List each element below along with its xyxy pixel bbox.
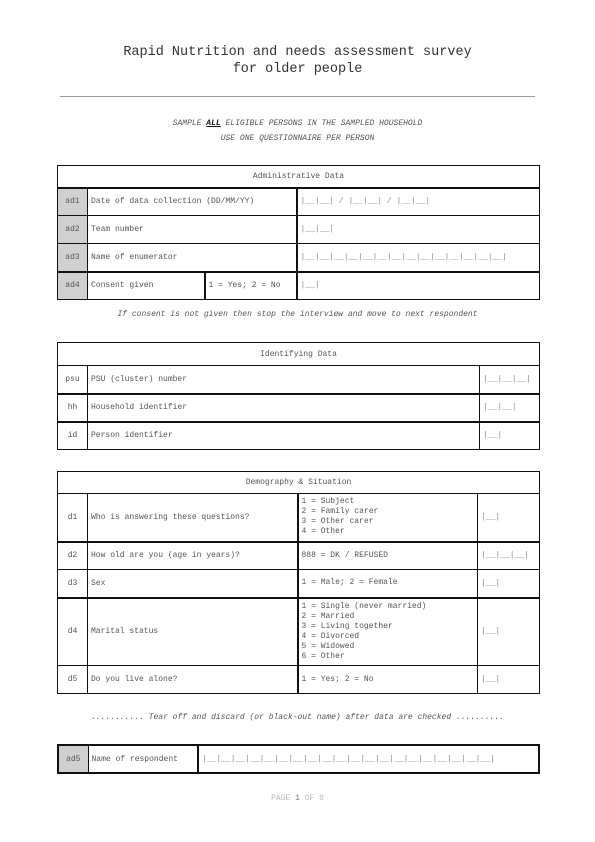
option: 1 = Single (never married) xyxy=(302,602,475,612)
consent-note: If consent is not given then stop the in… xyxy=(0,310,595,319)
question-label: Who is answering these questions? xyxy=(88,494,298,542)
answer-options: 1 = Subject 2 = Family carer 3 = Other c… xyxy=(298,494,478,542)
option: 888 = DK / REFUSED xyxy=(302,551,475,561)
question-label: PSU (cluster) number xyxy=(88,366,480,394)
option: 2 = Family carer xyxy=(302,507,475,517)
title-line-1: Rapid Nutrition and needs assessment sur… xyxy=(0,44,595,61)
age-field[interactable]: |__|__|__| xyxy=(478,542,540,570)
question-code: ad5 xyxy=(58,745,88,773)
date-field[interactable]: |__|__| / |__|__| / |__|__| xyxy=(297,188,540,216)
question-code: hh xyxy=(58,394,88,422)
live-alone-field[interactable]: |__| xyxy=(478,666,540,694)
answer-options: 1 = Single (never married) 2 = Married 3… xyxy=(298,598,478,666)
enumerator-name-field[interactable]: |__|__|__|__|__|__|__|__|__|__|__|__|__|… xyxy=(297,244,540,272)
answer-options: 1 = Male; 2 = Female xyxy=(298,570,478,598)
question-code: ad1 xyxy=(58,188,88,216)
consent-field[interactable]: |__| xyxy=(297,272,540,300)
demography-table: Demography & Situation d1 Who is answeri… xyxy=(57,471,540,694)
demography-heading: Demography & Situation xyxy=(58,472,540,494)
question-label: Household identifier xyxy=(88,394,480,422)
question-code: d5 xyxy=(58,666,88,694)
question-label: Marital status xyxy=(88,598,298,666)
page-number: 1 xyxy=(295,794,300,803)
question-label: Date of data collection (DD/MM/YY) xyxy=(88,188,297,216)
psu-number-field[interactable]: |__|__|__| xyxy=(480,366,540,394)
answer-options: 1 = Yes; 2 = No xyxy=(205,272,297,300)
option: 6 = Other xyxy=(302,652,475,662)
title-line-2: for older people xyxy=(0,61,595,78)
answer-options: 888 = DK / REFUSED xyxy=(298,542,478,570)
title-divider xyxy=(60,96,535,97)
option: 3 = Other carer xyxy=(302,517,475,527)
person-id-field[interactable]: |__| xyxy=(480,422,540,450)
household-id-field[interactable]: |__|__| xyxy=(480,394,540,422)
question-label: Do you live alone? xyxy=(88,666,298,694)
option: 1 = Male; 2 = Female xyxy=(302,578,475,588)
option: 2 = Married xyxy=(302,612,475,622)
respondent-type-field[interactable]: |__| xyxy=(478,494,540,542)
question-label: Name of respondent xyxy=(88,745,198,773)
administrative-data-table: Administrative Data ad1 Date of data col… xyxy=(57,165,540,300)
of-label: OF xyxy=(305,794,315,803)
option: 1 = Subject xyxy=(302,497,475,507)
questionnaire-instruction: USE ONE QUESTIONNAIRE PER PERSON xyxy=(0,134,595,143)
question-code: d4 xyxy=(58,598,88,666)
marital-status-field[interactable]: |__| xyxy=(478,598,540,666)
team-number-field[interactable]: |__|__| xyxy=(297,216,540,244)
question-label: Team number xyxy=(88,216,297,244)
question-code: d1 xyxy=(58,494,88,542)
option: 3 = Living together xyxy=(302,622,475,632)
administrative-heading: Administrative Data xyxy=(58,166,540,188)
option: 1 = Yes; 2 = No xyxy=(302,675,475,685)
question-label: How old are you (age in years)? xyxy=(88,542,298,570)
instr-emphasis: ALL xyxy=(206,119,220,128)
document-title: Rapid Nutrition and needs assessment sur… xyxy=(0,44,595,78)
question-code: id xyxy=(58,422,88,450)
sampling-instruction: SAMPLE ALL ELIGIBLE PERSONS IN THE SAMPL… xyxy=(0,119,595,128)
question-code: psu xyxy=(58,366,88,394)
identifying-heading: Identifying Data xyxy=(58,343,540,366)
identifying-data-table: Identifying Data psu PSU (cluster) numbe… xyxy=(57,342,540,450)
option: 4 = Divorced xyxy=(302,632,475,642)
instr-suffix: ELIGIBLE PERSONS IN THE SAMPLED HOUSEHOL… xyxy=(221,119,423,128)
question-label: Sex xyxy=(88,570,298,598)
answer-options: 1 = Yes; 2 = No xyxy=(298,666,478,694)
respondent-name-field[interactable]: |__|__|__|__|__|__|__|__|__|__|__|__|__|… xyxy=(198,745,539,773)
question-code: d3 xyxy=(58,570,88,598)
page-label: PAGE xyxy=(271,794,290,803)
instr-prefix: SAMPLE xyxy=(173,119,207,128)
option: 4 = Other xyxy=(302,527,475,537)
question-code: ad2 xyxy=(58,216,88,244)
question-code: d2 xyxy=(58,542,88,570)
question-code: ad4 xyxy=(58,272,88,300)
total-pages: 8 xyxy=(319,794,324,803)
sex-field[interactable]: |__| xyxy=(478,570,540,598)
question-code: ad3 xyxy=(58,244,88,272)
tear-off-note: ........... Tear off and discard (or bla… xyxy=(0,713,595,722)
respondent-name-table: ad5 Name of respondent |__|__|__|__|__|_… xyxy=(57,744,540,774)
question-label: Person identifier xyxy=(88,422,480,450)
page-footer: PAGE 1 OF 8 xyxy=(0,794,595,803)
option: 5 = Widowed xyxy=(302,642,475,652)
question-label: Name of enumerator xyxy=(88,244,297,272)
question-label: Consent given xyxy=(88,272,205,300)
